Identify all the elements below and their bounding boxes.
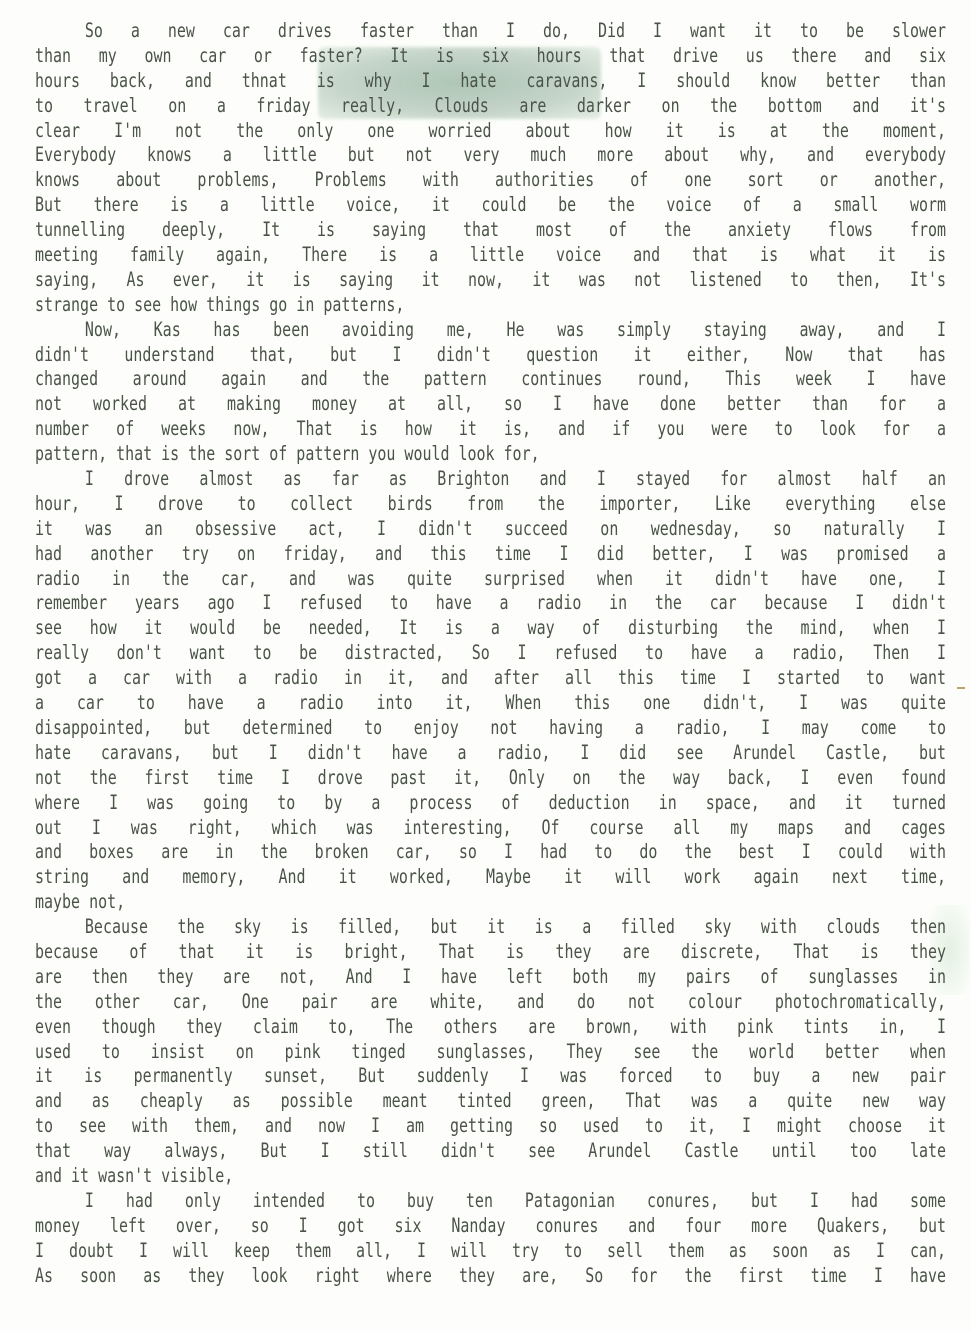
text-line: pattern, that is the sort of pattern you… — [35, 442, 946, 467]
text-line: hours back, and thnat is why I hate cara… — [35, 69, 946, 94]
text-line: to travel on a friday really, Clouds are… — [35, 94, 946, 119]
text-line: changed around again and the pattern con… — [35, 367, 946, 392]
text-line: Now, Kas has been avoiding me, He was si… — [35, 318, 946, 343]
paragraph: So a new car drives faster than I do, Di… — [35, 19, 946, 318]
text-line: even though they claim to, The others ar… — [35, 1015, 946, 1040]
paragraph: I had only intended to buy ten Patagonia… — [35, 1189, 946, 1289]
text-line: where I was going to by a process of ded… — [35, 791, 946, 816]
text-line: But there is a little voice, it could be… — [35, 193, 946, 218]
text-line: Because the sky is filled, but it is a f… — [35, 915, 946, 940]
text-line: money left over, so I got six Nanday con… — [35, 1214, 946, 1239]
text-line: used to insist on pink tinged sunglasses… — [35, 1040, 946, 1065]
text-line: meeting family again, There is a little … — [35, 243, 946, 268]
paragraph: Now, Kas has been avoiding me, He was si… — [35, 318, 946, 467]
text-line: tunnelling deeply, It is saying that mos… — [35, 218, 946, 243]
stray-ink-mark — [957, 687, 965, 689]
text-line: that way always, But I still didn't see … — [35, 1139, 946, 1164]
text-line: because of that it is bright, That is th… — [35, 940, 946, 965]
text-line: So a new car drives faster than I do, Di… — [35, 19, 946, 44]
text-line: out I was right, which was interesting, … — [35, 816, 946, 841]
text-line: saying, As ever, it is saying it now, it… — [35, 268, 946, 293]
text-line: remember years ago I refused to have a r… — [35, 591, 946, 616]
text-line: hour, I drove to collect birds from the … — [35, 492, 946, 517]
text-line: it is permanently sunset, But suddenly I… — [35, 1064, 946, 1089]
paragraph: Because the sky is filled, but it is a f… — [35, 915, 946, 1189]
text-line: are then they are not, And I have left b… — [35, 965, 946, 990]
text-line: it was an obsessive act, I didn't succee… — [35, 517, 946, 542]
typed-text-body: So a new car drives faster than I do, Di… — [35, 19, 946, 1288]
text-line: hate caravans, but I didn't have a radio… — [35, 741, 946, 766]
text-line: see how it would be needed, It is a way … — [35, 616, 946, 641]
text-line: number of weeks now, That is how it is, … — [35, 417, 946, 442]
text-line: got a car with a radio in it, and after … — [35, 666, 946, 691]
text-line: had another try on friday, and this time… — [35, 542, 946, 567]
text-line: really don't want to be distracted, So I… — [35, 641, 946, 666]
text-line: the other car, One pair are white, and d… — [35, 990, 946, 1015]
text-line: radio in the car, and was quite surprise… — [35, 567, 946, 592]
paragraph: I drove almost as far as Brighton and I … — [35, 467, 946, 915]
text-line: knows about problems, Problems with auth… — [35, 168, 946, 193]
text-line: maybe not, — [35, 890, 946, 915]
text-line: disappointed, but determined to enjoy no… — [35, 716, 946, 741]
text-line: to see with them, and now I am getting s… — [35, 1114, 946, 1139]
text-line: strange to see how things go in patterns… — [35, 293, 946, 318]
text-line: and it wasn't visible, — [35, 1164, 946, 1189]
text-line: didn't understand that, but I didn't que… — [35, 343, 946, 368]
text-line: I drove almost as far as Brighton and I … — [35, 467, 946, 492]
text-line: a car to have a radio into it, When this… — [35, 691, 946, 716]
text-line: I doubt I will keep them all, I will try… — [35, 1239, 946, 1264]
text-line: clear I'm not the only one worried about… — [35, 119, 946, 144]
text-line: not worked at making money at all, so I … — [35, 392, 946, 417]
text-line: string and memory, And it worked, Maybe … — [35, 865, 946, 890]
text-line: Everybody knows a little but not very mu… — [35, 143, 946, 168]
text-line: and as cheaply as possible meant tinted … — [35, 1089, 946, 1114]
text-line: I had only intended to buy ten Patagonia… — [35, 1189, 946, 1214]
text-line: As soon as they look right where they ar… — [35, 1264, 946, 1289]
text-line: and boxes are in the broken car, so I ha… — [35, 840, 946, 865]
text-line: not the first time I drove past it, Only… — [35, 766, 946, 791]
text-line: than my own car or faster? It is six hou… — [35, 44, 946, 69]
